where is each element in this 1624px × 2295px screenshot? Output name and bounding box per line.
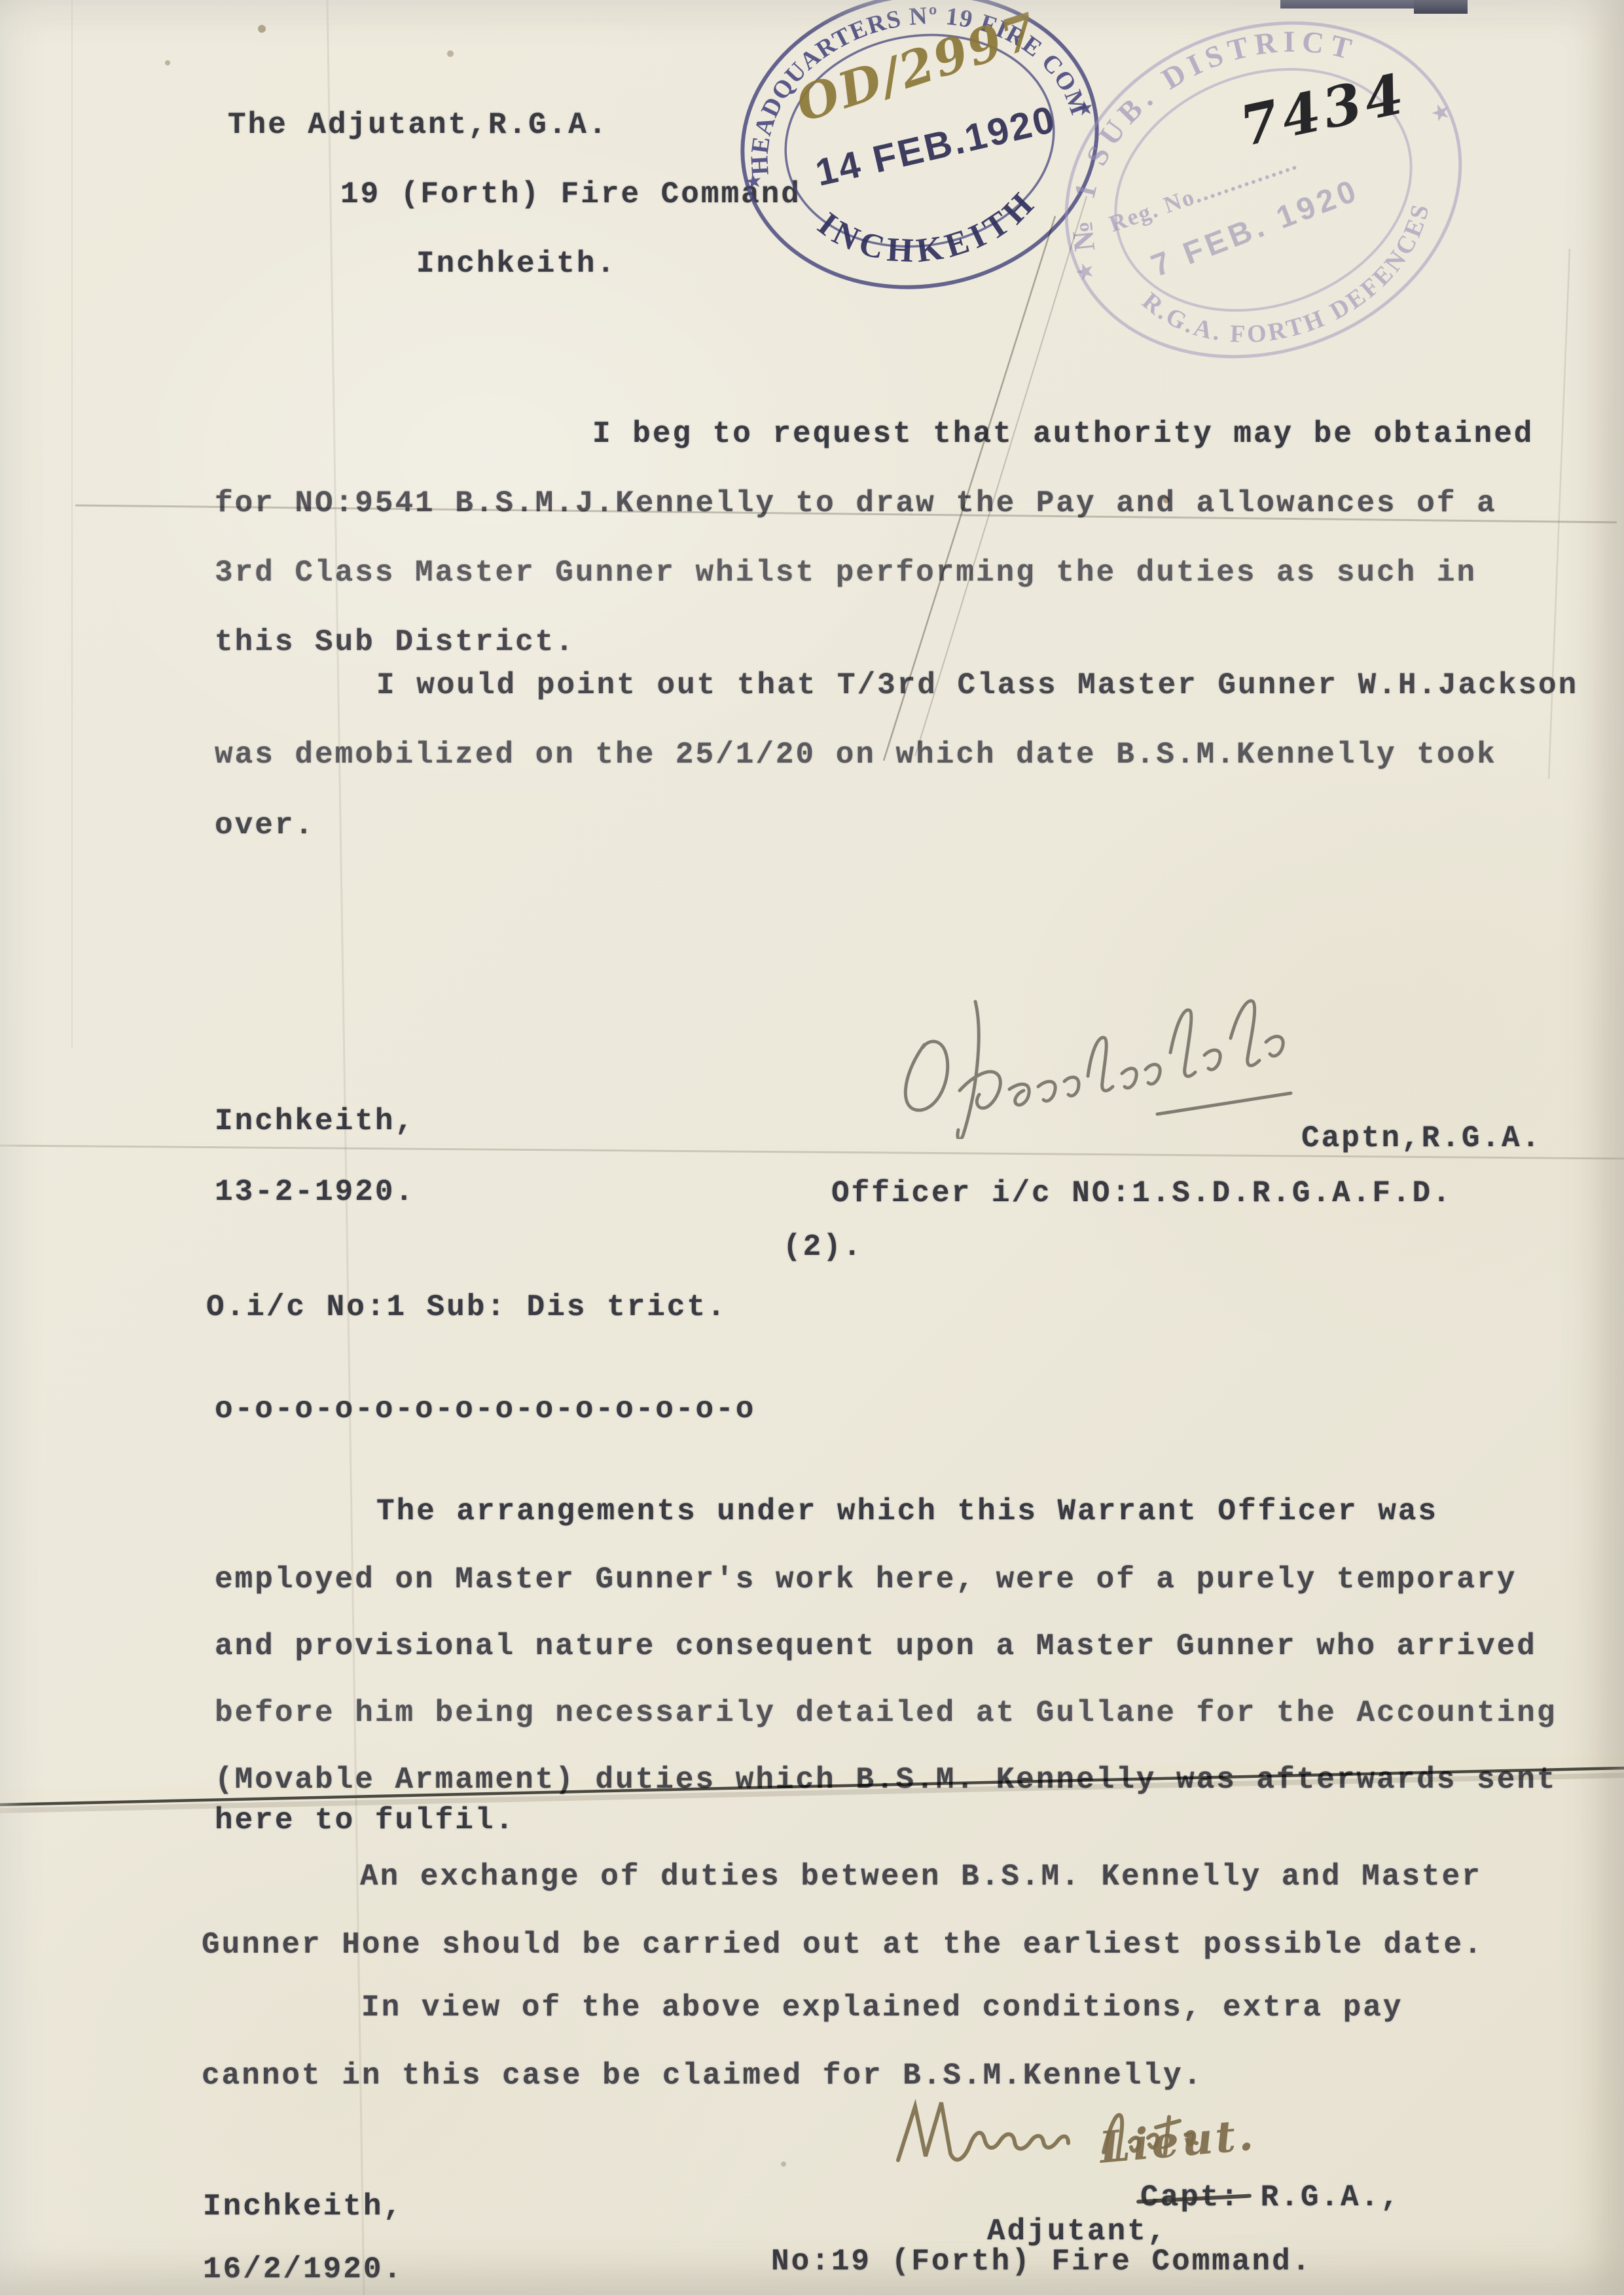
paper-speck — [165, 60, 170, 65]
closing-unit: No:19 (Forth) Fire Command. — [771, 2247, 1312, 2277]
typed-line: I would point out that T/3rd Class Maste… — [376, 670, 1578, 700]
paper-speck — [258, 25, 266, 33]
typed-line: An exchange of duties between B.S.M. Ken… — [360, 1862, 1482, 1892]
typed-line: (Movable Armament) duties which B.S.M. K… — [215, 1765, 1557, 1795]
scanned-letter-page: The Adjutant,R.G.A. 19 (Forth) Fire Comm… — [0, 0, 1624, 2295]
typed-line: employed on Master Gunner's work here, w… — [215, 1564, 1517, 1595]
closing-office: Officer i/c NO:1.S.D.R.G.A.F.D. — [831, 1178, 1453, 1208]
stamp-star-right: ★ — [1427, 97, 1455, 128]
stamp-star-left: ★ — [743, 169, 765, 194]
page-marker: (2). — [783, 1232, 863, 1262]
typed-line: I beg to request that authority may be o… — [592, 419, 1534, 449]
address-line-1: The Adjutant,R.G.A. — [228, 110, 609, 140]
typed-line: and provisional nature consequent upon a… — [215, 1631, 1537, 1661]
paper-speck — [447, 50, 454, 57]
stamp-star-left: ★ — [1071, 256, 1099, 287]
signature-stroke — [905, 1001, 1291, 1139]
closing-rank: Captn,R.G.A. — [1301, 1123, 1542, 1153]
address-line-2: 19 (Forth) Fire Command — [340, 179, 801, 209]
typed-line: this Sub District. — [215, 627, 575, 657]
typed-line: for NO:9541 B.S.M.J.Kennelly to draw the… — [215, 488, 1497, 518]
paper-speck — [781, 2161, 786, 2167]
signature-stroke — [898, 2103, 1068, 2160]
closing-date: 13-2-1920. — [215, 1177, 415, 1207]
typed-line: In view of the above explained condition… — [361, 1993, 1403, 2023]
address-line-3: Inchkeith. — [416, 249, 617, 279]
closing-place: Inchkeith, — [215, 1106, 415, 1136]
typed-line: 3rd Class Master Gunner whilst performin… — [215, 558, 1477, 588]
closing-place: Inchkeith, — [203, 2192, 403, 2222]
typed-line: The arrangements under which this Warran… — [376, 1496, 1438, 1527]
typed-line: over. — [215, 810, 315, 840]
typed-line: Gunner Hone should be carried out at the… — [202, 1930, 1484, 1960]
closing-rank: R.G.A., — [1261, 2180, 1401, 2214]
addressee-line: O.i/c No:1 Sub: Dis trict. — [206, 1292, 727, 1322]
typed-separator: o-o-o-o-o-o-o-o-o-o-o-o-o-o — [215, 1394, 755, 1424]
closing-role: Adjutant, — [987, 2216, 1167, 2247]
closing-date: 16/2/1920. — [203, 2254, 403, 2285]
typed-line: here to fulfil. — [215, 1805, 515, 1835]
typed-line: was demobilized on the 25/1/20 on which … — [215, 740, 1497, 770]
typed-line: before him being necessarily detailed at… — [215, 1698, 1557, 1728]
handwritten-signature-borrodale — [864, 903, 1453, 1139]
